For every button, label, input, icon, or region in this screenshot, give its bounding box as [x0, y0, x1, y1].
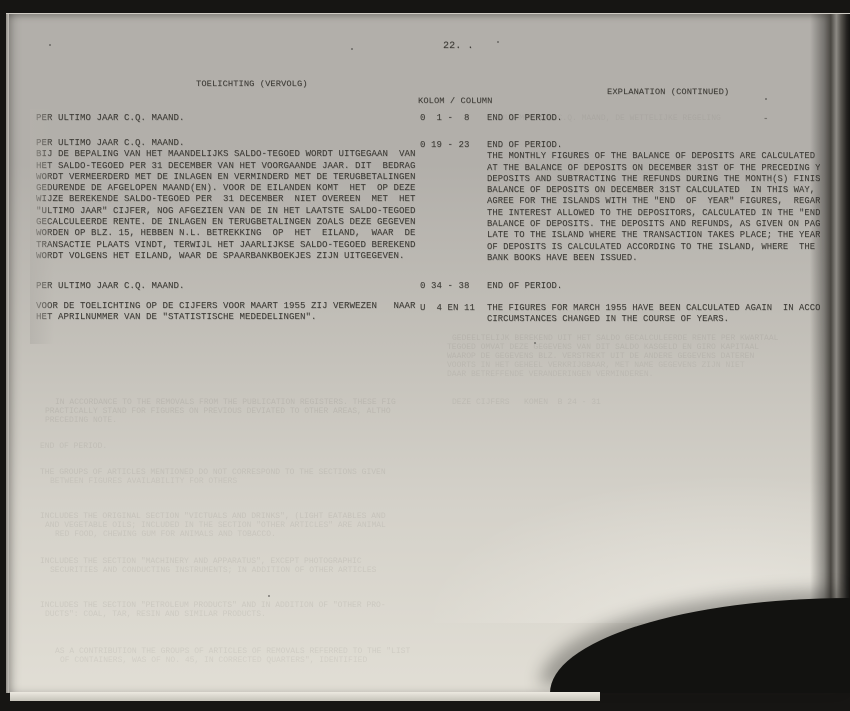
page-number: 22. . [443, 41, 474, 52]
bleedthrough-line: OF CONTAINERS, WAS OF NO. 45, IN CORRECT… [60, 656, 367, 665]
bleedthrough-line: SECURITIES AND CONDUCTING INSTRUMENTS; I… [50, 566, 376, 575]
page-curl [550, 598, 850, 693]
bleedthrough-line: WAAROP DE GEGEVENS BLZ. VERSTREKT UIT DE… [447, 352, 754, 361]
speck [765, 98, 767, 100]
speck [49, 44, 51, 46]
english-term: END OF PERIOD. [487, 281, 820, 292]
scan-background: { "document": { "page_number": "22. .", … [0, 0, 850, 711]
bleedthrough-line: AS A CONTRIBUTION THE GROUPS OF ARTICLES… [55, 647, 410, 656]
bleedthrough-line: RED FOOD, CHEWING GUM FOR ANIMALS AND TO… [55, 530, 276, 539]
bleedthrough-line: AND VEGETABLE OILS; INCLUDED IN THE SECT… [45, 521, 386, 530]
english-paragraph: END OF PERIOD. THE MONTHLY FIGURES OF TH… [487, 140, 820, 264]
bleedthrough-line: DUCTS": COAL, TAR, RESIN AND SIMILAR PRO… [45, 610, 266, 619]
bleedthrough-line: INCLUDES THE SECTION "PETROLEUM PRODUCTS… [40, 601, 386, 610]
bleedthrough-line: PRACTICALLY STAND FOR FIGURES ON PREVIOU… [45, 407, 391, 416]
bleedthrough-line: PRECEDING NOTE. [45, 416, 117, 425]
bleedthrough-line: END OF PERIOD. [40, 442, 107, 451]
english-term: END OF PERIOD. [487, 113, 820, 124]
column-code: 0 1 - 8 [420, 113, 470, 124]
english-paragraph: THE FIGURES FOR MARCH 1955 HAVE BEEN CAL… [487, 303, 820, 326]
speck [351, 48, 353, 50]
bleedthrough-line: DAAR BETREFFENDE VERANDERINGEN VERMINDER… [447, 370, 653, 379]
column-code: U 4 EN 11 [420, 303, 475, 314]
section-title-dutch: TOELICHTING (VERVOLG) [196, 79, 308, 90]
column-header: KOLOM / COLUMN [418, 96, 492, 107]
column-code: 0 34 - 38 [420, 281, 470, 292]
bleedthrough-line: DEZE CIJFERS KOMEN B 24 - 31 [452, 398, 601, 407]
dutch-term: PER ULTIMO JAAR C.Q. MAAND. [36, 113, 185, 124]
bleedthrough-line: BETWEEN FIGURES AVAILABILITY FOR OTHERS [50, 477, 237, 486]
bleedthrough-line: INCLUDES THE SECTION "MACHINERY AND APPA… [40, 557, 362, 566]
page-left-edge [6, 14, 9, 693]
speck [268, 595, 270, 597]
bleedthrough-line: INCLUDES THE ORIGINAL SECTION "VICTUALS … [40, 512, 386, 521]
section-title-english: EXPLANATION (CONTINUED) [607, 87, 729, 98]
dutch-paragraph: VOOR DE TOELICHTING OP DE CIJFERS VOOR M… [36, 301, 416, 324]
bleedthrough-line: IN ACCORDANCE TO THE REMOVALS FROM THE P… [55, 398, 396, 407]
bleedthrough-line: VOORTS IN HET GEHEEL VERKRIJGBAAR, MET N… [447, 361, 745, 370]
column-code: 0 19 - 23 [420, 140, 470, 151]
speck [534, 342, 536, 344]
dutch-term: PER ULTIMO JAAR C.Q. MAAND. [36, 281, 185, 292]
bleedthrough-line: THE GROUPS OF ARTICLES MENTIONED DO NOT … [40, 468, 386, 477]
page-stack-edge [10, 692, 600, 701]
document-page: ULTIMO JAAR C.Q. MAAND, DE WETTELIJKE RE… [6, 13, 850, 693]
bleedthrough-line: GEDEELTELIJK BEREKEND UIT HET SALDO GECA… [452, 334, 778, 343]
bleedthrough-line: TEGOED OMVAT DEZE GEGEVENS VAN DIT SALDO… [447, 343, 759, 352]
dutch-paragraph: PER ULTIMO JAAR C.Q. MAAND. BIJ DE BEPAL… [36, 138, 416, 262]
speck [497, 41, 499, 43]
stray-mark: - [763, 114, 769, 125]
